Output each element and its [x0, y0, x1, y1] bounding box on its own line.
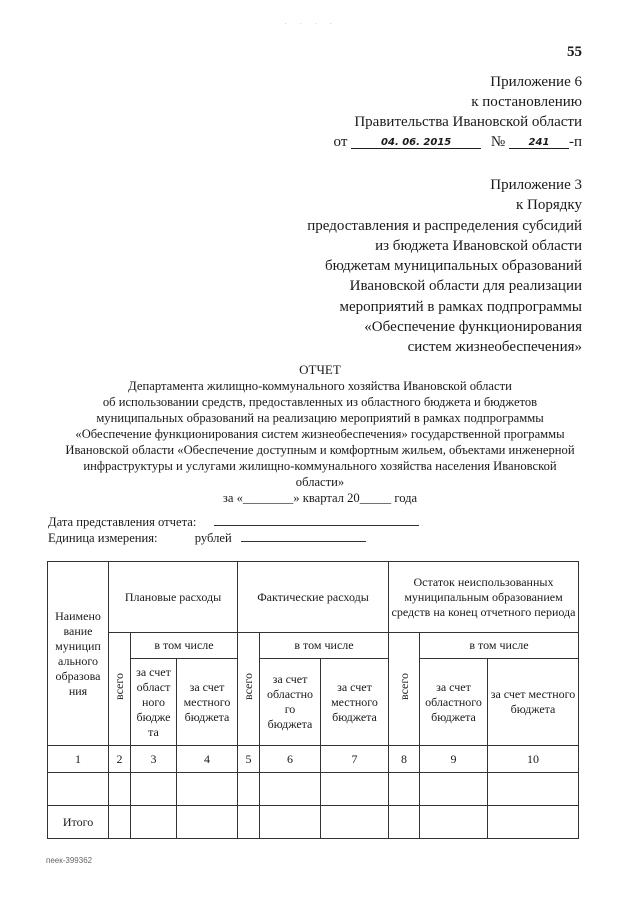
report-title-line: Департамента жилищно-коммунального хозяй…: [40, 378, 600, 394]
value-cell[interactable]: [131, 773, 177, 806]
appendix-6-line2: к постановлению: [334, 92, 582, 112]
footer-code: пеек-399362: [46, 856, 92, 865]
report-date-row: Дата представления отчета:: [48, 513, 419, 530]
report-heading: ОТЧЕТ: [40, 362, 600, 378]
column-number-cell: 3: [131, 746, 177, 773]
header-actual-including: в том числе: [260, 633, 389, 659]
header-remainder-local: за счет местного бюджета: [488, 659, 579, 746]
header-remainder-total: всего: [389, 633, 420, 746]
report-title-block: ОТЧЕТ Департамента жилищно-коммунального…: [40, 362, 600, 506]
value-cell[interactable]: [389, 773, 420, 806]
scan-specks: . . . .: [285, 20, 338, 26]
report-title-line: области»: [40, 474, 600, 490]
column-number-cell: 4: [177, 746, 238, 773]
table-row: [48, 773, 579, 806]
header-actual-regional: за счет областно го бюджета: [260, 659, 321, 746]
header-planned-regional: за счет област ного бюдже та: [131, 659, 177, 746]
header-planned-including: в том числе: [131, 633, 238, 659]
row-label-cell: [48, 773, 109, 806]
report-date-label: Дата представления отчета:: [48, 515, 196, 529]
header-actual-total-label: всего: [241, 673, 256, 700]
appendix-3-block: Приложение 3 к Порядку предоставления и …: [307, 175, 582, 358]
header-planned-total-label: всего: [112, 673, 127, 700]
appendix-3-line: мероприятий в рамках подпрограммы: [307, 297, 582, 317]
header-planned-local: за счет местного бюджета: [177, 659, 238, 746]
table-header-row-1: Наимено вание муницип ального образова н…: [48, 562, 579, 633]
report-title-line: муниципальных образований на реализацию …: [40, 410, 600, 426]
value-cell[interactable]: [260, 773, 321, 806]
date-prefix: от: [334, 134, 348, 150]
report-title-line: инфраструктуры и услугами жилищно-коммун…: [40, 458, 600, 474]
header-remainder-including: в том числе: [420, 633, 579, 659]
header-remainder: Остаток неиспользованных муниципальным о…: [389, 562, 579, 633]
value-cell[interactable]: [238, 773, 260, 806]
unit-value: рублей: [195, 531, 232, 545]
value-cell[interactable]: [321, 806, 389, 839]
header-actual-total: всего: [238, 633, 260, 746]
number-value: 241: [529, 137, 550, 148]
unit-label: Единица измерения:: [48, 531, 158, 545]
report-period-line: за «________» квартал 20_____ года: [40, 490, 600, 506]
header-actual-expenses: Фактические расходы: [238, 562, 389, 633]
value-cell[interactable]: [109, 806, 131, 839]
value-cell[interactable]: [321, 773, 389, 806]
column-number-cell: 9: [420, 746, 488, 773]
appendix-3-line: Приложение 3: [307, 175, 582, 195]
report-date-field[interactable]: [214, 513, 419, 526]
column-number-cell: 7: [321, 746, 389, 773]
header-remainder-total-label: всего: [397, 673, 412, 700]
value-cell[interactable]: [109, 773, 131, 806]
value-cell[interactable]: [177, 773, 238, 806]
unit-row: Единица измерения: рублей: [48, 529, 366, 546]
appendix-3-line: «Обеспечение функционирования: [307, 317, 582, 337]
column-number-cell: 6: [260, 746, 321, 773]
value-cell[interactable]: [131, 806, 177, 839]
value-cell[interactable]: [488, 806, 579, 839]
value-cell[interactable]: [389, 806, 420, 839]
report-title-line: об использовании средств, предоставленны…: [40, 394, 600, 410]
header-municipality-name: Наимено вание муницип ального образова н…: [48, 562, 109, 746]
appendix-3-line: к Порядку: [307, 195, 582, 215]
value-cell[interactable]: [260, 806, 321, 839]
appendix-6-date-row: от 04. 06. 2015 № 241-п: [334, 132, 582, 152]
unit-extra-field[interactable]: [241, 529, 366, 542]
column-number-row: 12345678910: [48, 746, 579, 773]
appendix-3-line: систем жизнеобеспечения»: [307, 337, 582, 357]
report-title-line: Ивановской области «Обеспечение доступны…: [40, 442, 600, 458]
header-actual-local: за счет местного бюджета: [321, 659, 389, 746]
row-label-cell: Итого: [48, 806, 109, 839]
header-remainder-regional: за счет областного бюджета: [420, 659, 488, 746]
column-number-cell: 8: [389, 746, 420, 773]
value-cell[interactable]: [488, 773, 579, 806]
appendix-6-title: Приложение 6: [334, 72, 582, 92]
column-number-cell: 2: [109, 746, 131, 773]
value-cell[interactable]: [238, 806, 260, 839]
appendix-6-line3: Правительства Ивановской области: [334, 112, 582, 132]
header-planned-expenses: Плановые расходы: [109, 562, 238, 633]
appendix-3-line: предоставления и распределения субсидий: [307, 216, 582, 236]
table-row-total: Итого: [48, 806, 579, 839]
number-suffix: -п: [569, 134, 582, 150]
number-field: 241: [509, 132, 569, 149]
column-number-cell: 10: [488, 746, 579, 773]
page-number: 55: [567, 44, 582, 61]
table-header-row-2: всего в том числе всего в том числе всег…: [48, 633, 579, 659]
column-number-cell: 1: [48, 746, 109, 773]
date-value: 04. 06. 2015: [381, 137, 451, 148]
appendix-3-line: бюджетам муниципальных образований: [307, 256, 582, 276]
appendix-3-line: из бюджета Ивановской области: [307, 236, 582, 256]
value-cell[interactable]: [420, 773, 488, 806]
column-number-cell: 5: [238, 746, 260, 773]
report-table: Наимено вание муницип ального образова н…: [47, 561, 579, 839]
appendix-3-line: Ивановской области для реализации: [307, 276, 582, 296]
number-label: №: [491, 134, 505, 150]
value-cell[interactable]: [177, 806, 238, 839]
report-title-line: «Обеспечение функционирования систем жиз…: [40, 426, 600, 442]
date-field: 04. 06. 2015: [351, 132, 481, 149]
appendix-6-block: Приложение 6 к постановлению Правительст…: [334, 72, 582, 152]
header-planned-total: всего: [109, 633, 131, 746]
value-cell[interactable]: [420, 806, 488, 839]
